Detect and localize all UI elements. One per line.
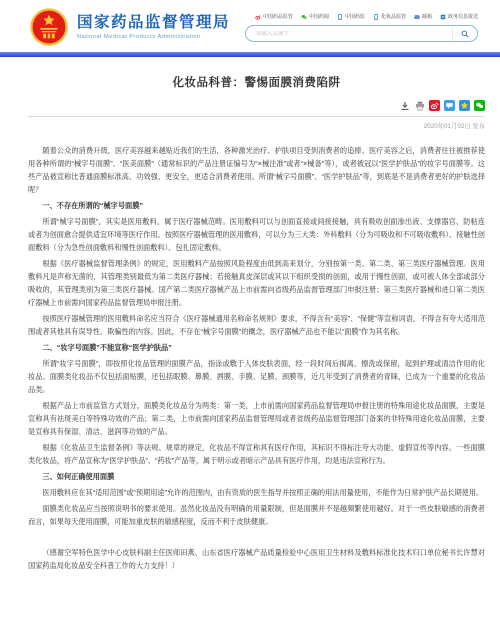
top-link-label: 中国药品监管 bbox=[263, 13, 293, 20]
site-header: 国家药品监督管理局 National Medical Products Admi… bbox=[0, 0, 500, 52]
top-link-mail[interactable]: 邮箱 bbox=[414, 13, 432, 20]
top-links: 中国药品监管 中国药闻 中国药监 化妆品监管 邮箱 政务信息报送 bbox=[255, 13, 478, 20]
mobile-icon bbox=[337, 14, 343, 20]
weibo-icon bbox=[255, 14, 261, 20]
paragraph: 所谓“妆字号面膜”，即按照化妆品管理的面膜产品，指涂或敷于人体皮肤表面，经一段时… bbox=[28, 357, 485, 396]
wechat-share-icon[interactable] bbox=[474, 100, 485, 111]
top-link-label: 中国药闻 bbox=[309, 13, 329, 20]
site-title-block: 国家药品监督管理局 National Medical Products Admi… bbox=[77, 14, 230, 40]
site-brand[interactable]: 国家药品监督管理局 National Medical Products Admi… bbox=[30, 8, 230, 46]
top-link-label: 化妆品监管 bbox=[381, 13, 406, 20]
top-link-wechat[interactable]: 中国药闻 bbox=[301, 13, 329, 20]
article-main: 化妆品科普：警惕面膜消费陷阱 2020年01月02日 发布 随着公众的消费升级，… bbox=[0, 74, 500, 572]
search-bar bbox=[245, 25, 478, 42]
paragraph: 随着公众的消费升级，医疗美容越来越贴近我们的生活，各种激光治疗、护肤项目受到消费… bbox=[28, 144, 485, 196]
header-right: 中国药品监管 中国药闻 中国药监 化妆品监管 邮箱 政务信息报送 bbox=[245, 8, 478, 42]
mobile-icon bbox=[373, 14, 379, 20]
paragraph: 根据《医疗器械监督管理条例》的规定，医用敷料产品按照风险程度由低到高来划分，分别… bbox=[28, 257, 485, 309]
qzone-star-icon[interactable] bbox=[459, 100, 470, 111]
article-body: 随着公众的消费升级，医疗美容越来越贴近我们的生活，各种激光治疗、护肤项目受到消费… bbox=[28, 144, 485, 572]
paragraph: 按照医疗器械管理的医用敷料命名应当符合《医疗器械通用名称命名规则》要求，不得含有… bbox=[28, 312, 485, 338]
paragraph: 医用敷料应在其“适用范围”或“预期用途”允许的范围内，由有资质的医生指导并按照正… bbox=[28, 486, 485, 499]
top-link-label: 中国药监 bbox=[345, 13, 365, 20]
download-icon[interactable] bbox=[399, 100, 410, 111]
top-link-cosmetics-app[interactable]: 化妆品监管 bbox=[373, 13, 406, 20]
print-icon[interactable] bbox=[414, 100, 425, 111]
share-toolbar bbox=[28, 100, 485, 111]
site-title-en: National Medical Products Administration bbox=[77, 34, 230, 40]
search-input[interactable] bbox=[246, 31, 452, 37]
top-link-app[interactable]: 中国药监 bbox=[337, 13, 365, 20]
top-link-label: 政务信息报送 bbox=[448, 13, 478, 20]
national-emblem-icon bbox=[30, 8, 68, 46]
paragraph: 所谓“械字号面膜”，其实是医用敷料，属于医疗器械范畴。医用敷料可以与创面直接或间… bbox=[28, 215, 485, 254]
publish-date: 2020年01月02日 发布 bbox=[28, 121, 485, 130]
top-link-report[interactable]: 政务信息报送 bbox=[440, 13, 478, 20]
weibo-share-icon[interactable] bbox=[429, 100, 440, 111]
report-icon bbox=[440, 14, 446, 20]
mail-icon bbox=[414, 14, 420, 20]
paragraph: 根据产品上市前监管方式划分，面膜类化妆品分为两类：第一类，上市前需向国家药品监督… bbox=[28, 399, 485, 438]
section-heading: 一、不存在所谓的“械字号面膜” bbox=[28, 199, 485, 212]
share-bubble-icon[interactable] bbox=[444, 100, 455, 111]
paragraph: 根据《化妆品卫生监督条例》等法规、规章的规定，化妆品不得宣称具有医疗作用，其标识… bbox=[28, 441, 485, 467]
title-separator bbox=[28, 116, 485, 117]
page-title: 化妆品科普：警惕面膜消费陷阱 bbox=[28, 74, 485, 90]
acknowledgment-note: （感谢空军特色医学中心皮肤科副主任医师田燕、山东省医疗器械产品质量检验中心医用卫… bbox=[28, 546, 485, 572]
header-divider-bar bbox=[0, 52, 500, 57]
top-link-weibo[interactable]: 中国药品监管 bbox=[255, 13, 293, 20]
section-heading: 三、如何正确使用面膜 bbox=[28, 470, 485, 483]
top-link-label: 邮箱 bbox=[422, 13, 432, 20]
paragraph: 面膜类化妆品应当按照说明书的要求使用。虽然化妆品没有明确的用量限制，但是面膜并不… bbox=[28, 502, 485, 528]
search-icon bbox=[461, 30, 469, 38]
search-button[interactable] bbox=[452, 26, 477, 41]
site-title: 国家药品监督管理局 bbox=[77, 14, 230, 32]
section-heading: 二、“妆字号面膜”不能宣称“医学护肤品” bbox=[28, 341, 485, 354]
wechat-icon bbox=[301, 14, 307, 20]
